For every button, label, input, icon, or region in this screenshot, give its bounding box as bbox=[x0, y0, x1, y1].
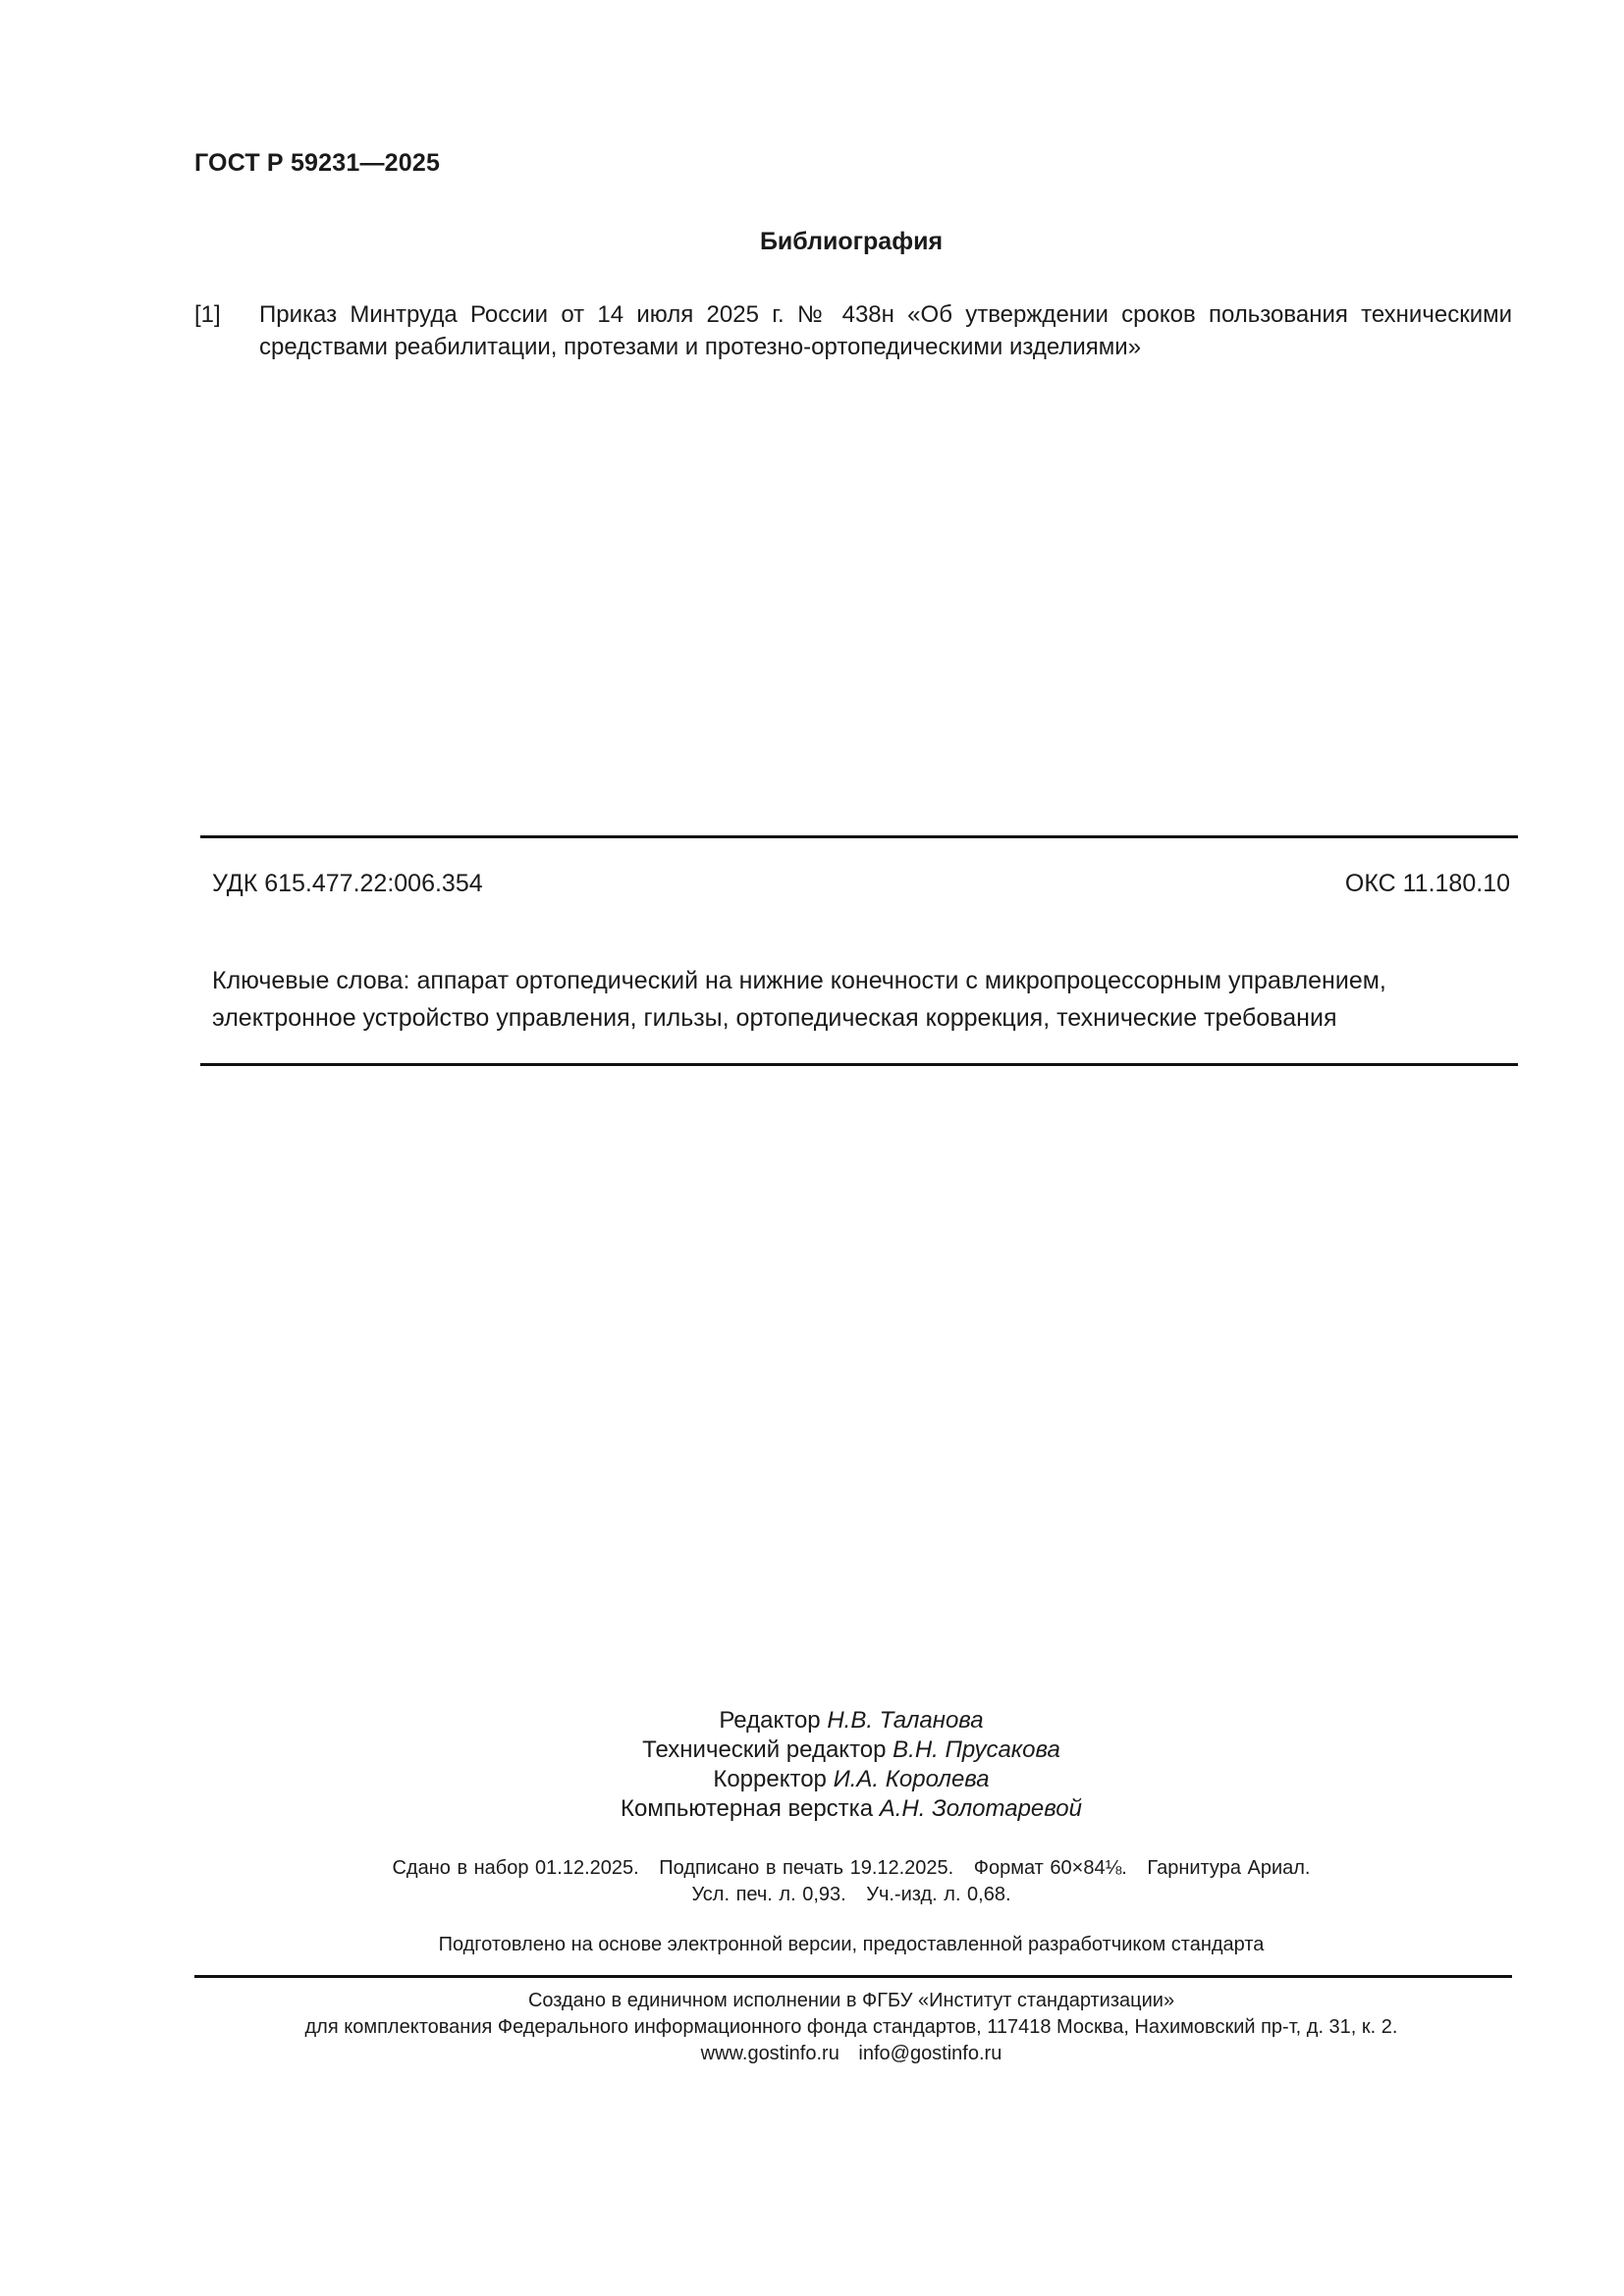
credit-editor: Редактор Н.В. Таланова bbox=[79, 1706, 1624, 1735]
footer-contacts: www.gostinfo.ru info@gostinfo.ru bbox=[79, 2041, 1624, 2067]
oks-code: ОКС 11.180.10 bbox=[1345, 870, 1510, 898]
bibliography-title: Библиография bbox=[0, 228, 1624, 256]
publisher-sheets: Уч.-изд. л. 0,68. bbox=[866, 1884, 1010, 1905]
publisher-footer: Создано в единичном исполнении в ФГБУ «И… bbox=[0, 1988, 1624, 2067]
bibliography-item-text: Приказ Минтруда России от 14 июля 2025 г… bbox=[259, 298, 1512, 363]
divider-top bbox=[200, 835, 1518, 838]
prepared-note: Подготовлено на основе электронной верси… bbox=[0, 1934, 1624, 1956]
credit-role: Редактор bbox=[719, 1707, 820, 1734]
credit-name: А.Н. Золотаревой bbox=[880, 1795, 1082, 1822]
paper-format: Формат 60×84⅛. bbox=[974, 1857, 1127, 1879]
footer-line-1: Создано в единичном исполнении в ФГБУ «И… bbox=[79, 1988, 1624, 2014]
signed-date: Подписано в печать 19.12.2025. bbox=[659, 1857, 953, 1879]
udk-code: УДК 615.477.22:006.354 bbox=[212, 870, 483, 898]
print-info: Сдано в набор 01.12.2025. Подписано в пе… bbox=[0, 1855, 1624, 1908]
submitted-date: Сдано в набор 01.12.2025. bbox=[392, 1857, 638, 1879]
document-code: ГОСТ Р 59231—2025 bbox=[194, 149, 440, 178]
email-link[interactable]: info@gostinfo.ru bbox=[858, 2043, 1001, 2064]
divider-middle bbox=[200, 1063, 1518, 1066]
print-info-line-1: Сдано в набор 01.12.2025. Подписано в пе… bbox=[79, 1855, 1624, 1882]
credit-role: Компьютерная верстка bbox=[621, 1795, 873, 1822]
credit-role: Технический редактор bbox=[642, 1736, 886, 1763]
credits-block: Редактор Н.В. Таланова Технический редак… bbox=[0, 1706, 1624, 1824]
credit-name: И.А. Королева bbox=[834, 1766, 990, 1792]
credit-technical-editor: Технический редактор В.Н. Прусакова bbox=[79, 1735, 1624, 1765]
bibliography-item: [1] Приказ Минтруда России от 14 июля 20… bbox=[194, 298, 1512, 363]
footer-line-2: для комплектования Федерального информац… bbox=[79, 2014, 1624, 2041]
credit-role: Корректор bbox=[713, 1766, 827, 1792]
keywords: Ключевые слова: аппарат ортопедический н… bbox=[212, 962, 1518, 1037]
credit-layout: Компьютерная верстка А.Н. Золотаревой bbox=[79, 1794, 1624, 1824]
typeface: Гарнитура Ариал. bbox=[1147, 1857, 1310, 1879]
print-sheets: Усл. печ. л. 0,93. bbox=[691, 1884, 845, 1905]
bibliography-item-number: [1] bbox=[194, 298, 221, 331]
credit-name: В.Н. Прусакова bbox=[893, 1736, 1060, 1763]
website-link[interactable]: www.gostinfo.ru bbox=[701, 2043, 839, 2064]
divider-bottom bbox=[194, 1975, 1512, 1978]
credit-name: Н.В. Таланова bbox=[827, 1707, 983, 1734]
print-info-line-2: Усл. печ. л. 0,93. Уч.-изд. л. 0,68. bbox=[79, 1882, 1624, 1908]
credit-proofreader: Корректор И.А. Королева bbox=[79, 1765, 1624, 1794]
